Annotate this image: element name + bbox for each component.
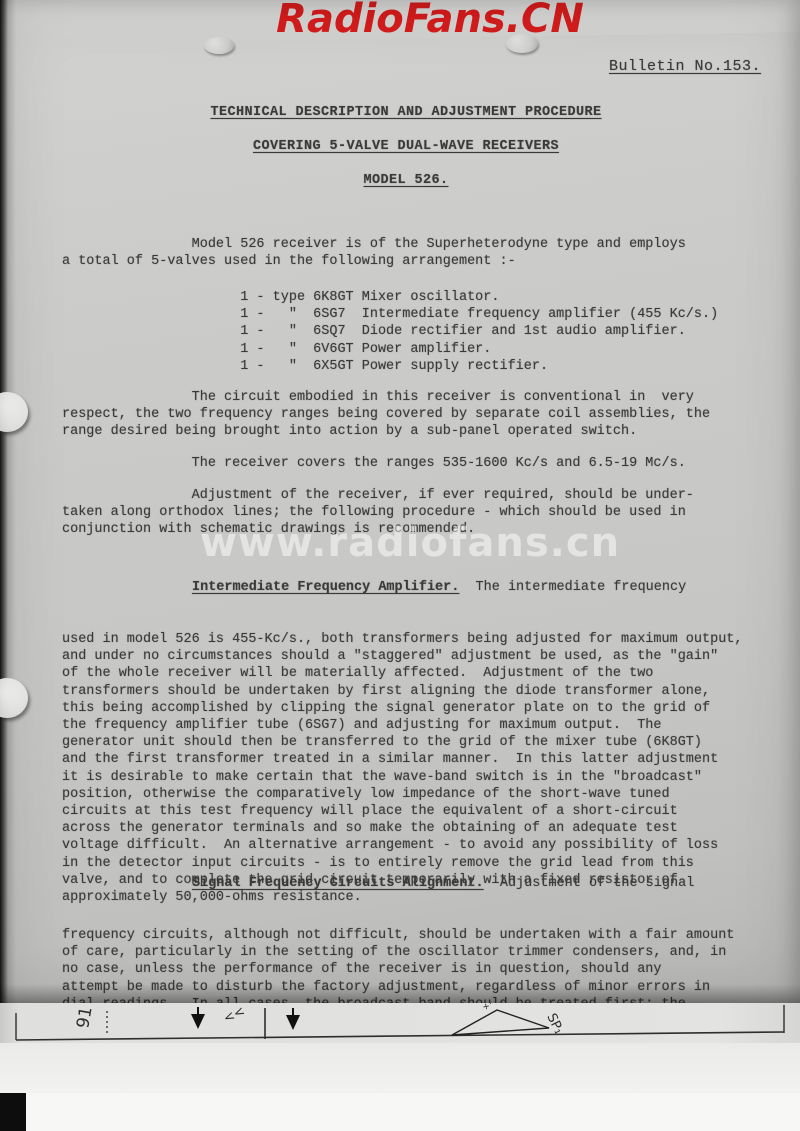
underlying-page-blank-strip (0, 1043, 800, 1093)
doc-title-line3: MODEL 526. (0, 173, 800, 188)
dial-scale-drawing: 91 << +' SP₁ (0, 1003, 800, 1043)
scale-left-label: 91 (73, 1005, 96, 1030)
paper-bump-right (506, 34, 538, 53)
text-line: and the first transformer treated in a s… (62, 751, 762, 768)
text-line: circuits at this test frequency will pla… (62, 803, 762, 820)
text-line: Adjustment of the receiver, if ever requ… (62, 487, 762, 504)
text-line: used in model 526 is 455-Kc/s., both tra… (62, 631, 762, 648)
text-line: The circuit embodied in this receiver is… (62, 389, 762, 406)
section-if-heading-tail: The intermediate frequency (459, 580, 686, 595)
scan-black-corner (0, 1093, 26, 1131)
section-signal-heading-tail: Adjustment of the signal (484, 876, 695, 891)
text-line: 1 - " 6X5GT Power supply rectifier. (62, 358, 762, 375)
text-line: 1 - " 6SG7 Intermediate frequency amplif… (62, 306, 762, 323)
paragraph-intro: Model 526 receiver is of the Superhetero… (62, 236, 762, 270)
text-line: frequency circuits, although not difficu… (62, 927, 762, 944)
section-heading-line: Intermediate Frequency Amplifier. The in… (62, 579, 762, 596)
text-line: The receiver covers the ranges 535-1600 … (62, 455, 762, 472)
text-line: transformers should be undertaken by fir… (62, 683, 762, 700)
pointer-arrow-right (286, 1008, 300, 1030)
section-signal-heading: Signal Frequency Circuits Alignment. (192, 876, 484, 891)
text-line: across the generator terminals and so ma… (62, 820, 762, 837)
bulletin-number: Bulletin No.153. (609, 58, 761, 75)
scan-left-edge (0, 0, 16, 1003)
text-line: 1 - " 6SQ7 Diode rectifier and 1st audio… (62, 323, 762, 340)
pointer-arrow-left (191, 1007, 205, 1029)
text-line: the frequency amplifier tube (6SG7) and … (62, 717, 762, 734)
scanned-document-page: RadioFans.CN Bulletin No.153. TECHNICAL … (0, 0, 800, 1131)
paragraph-ranges: The receiver covers the ranges 535-1600 … (62, 455, 762, 472)
text-line: conjunction with schematic drawings is r… (62, 521, 762, 538)
paragraph-adjustment: Adjustment of the receiver, if ever requ… (62, 487, 762, 539)
text-line: generator unit should then be transferre… (62, 734, 762, 751)
sp-label: SP₁ (543, 1011, 566, 1037)
text-line: and under no circumstances should a "sta… (62, 648, 762, 665)
text-line: no case, unless the performance of the r… (62, 961, 762, 978)
triangle-apex-label: +' (482, 1003, 494, 1013)
text-line: respect, the two frequency ranges being … (62, 406, 762, 423)
text-line: of the whole receiver will be materially… (62, 665, 762, 682)
text-line: a total of 5-valves used in the followin… (62, 253, 762, 270)
underlying-page-scale-strip: 91 << +' SP₁ (0, 1003, 800, 1043)
scan-bed-background (0, 1093, 800, 1131)
text-line: taken along orthodox lines; the followin… (62, 504, 762, 521)
section-if-heading: Intermediate Frequency Amplifier. (192, 580, 459, 595)
paragraph-circuit: The circuit embodied in this receiver is… (62, 389, 762, 441)
text-line: 1 - " 6V6GT Power amplifier. (62, 341, 762, 358)
chevron-marks: << (221, 1004, 247, 1027)
page-bottom-shadow (0, 984, 800, 1003)
valve-list: 1 - type 6K8GT Mixer oscillator. 1 - " 6… (62, 289, 762, 375)
pointer-triangle (452, 1010, 549, 1035)
text-line: range desired being brought into action … (62, 423, 762, 440)
text-line: 1 - type 6K8GT Mixer oscillator. (62, 289, 762, 306)
doc-title-line2: COVERING 5-VALVE DUAL-WAVE RECEIVERS (0, 139, 800, 154)
paper-bump-left (204, 37, 234, 54)
doc-title-line1: TECHNICAL DESCRIPTION AND ADJUSTMENT PRO… (0, 105, 800, 120)
text-line: of care, particularly in the setting of … (62, 944, 762, 961)
section-heading-line: Signal Frequency Circuits Alignment. Adj… (62, 875, 762, 892)
text-line: Model 526 receiver is of the Superhetero… (62, 236, 762, 253)
text-line: position, otherwise the comparatively lo… (62, 786, 762, 803)
radiofans-brand-watermark: RadioFans.CN (255, 0, 605, 42)
text-line: this being accomplished by clipping the … (62, 700, 762, 717)
text-line: it is desirable to make certain that the… (62, 769, 762, 786)
scale-baseline (16, 1032, 784, 1040)
